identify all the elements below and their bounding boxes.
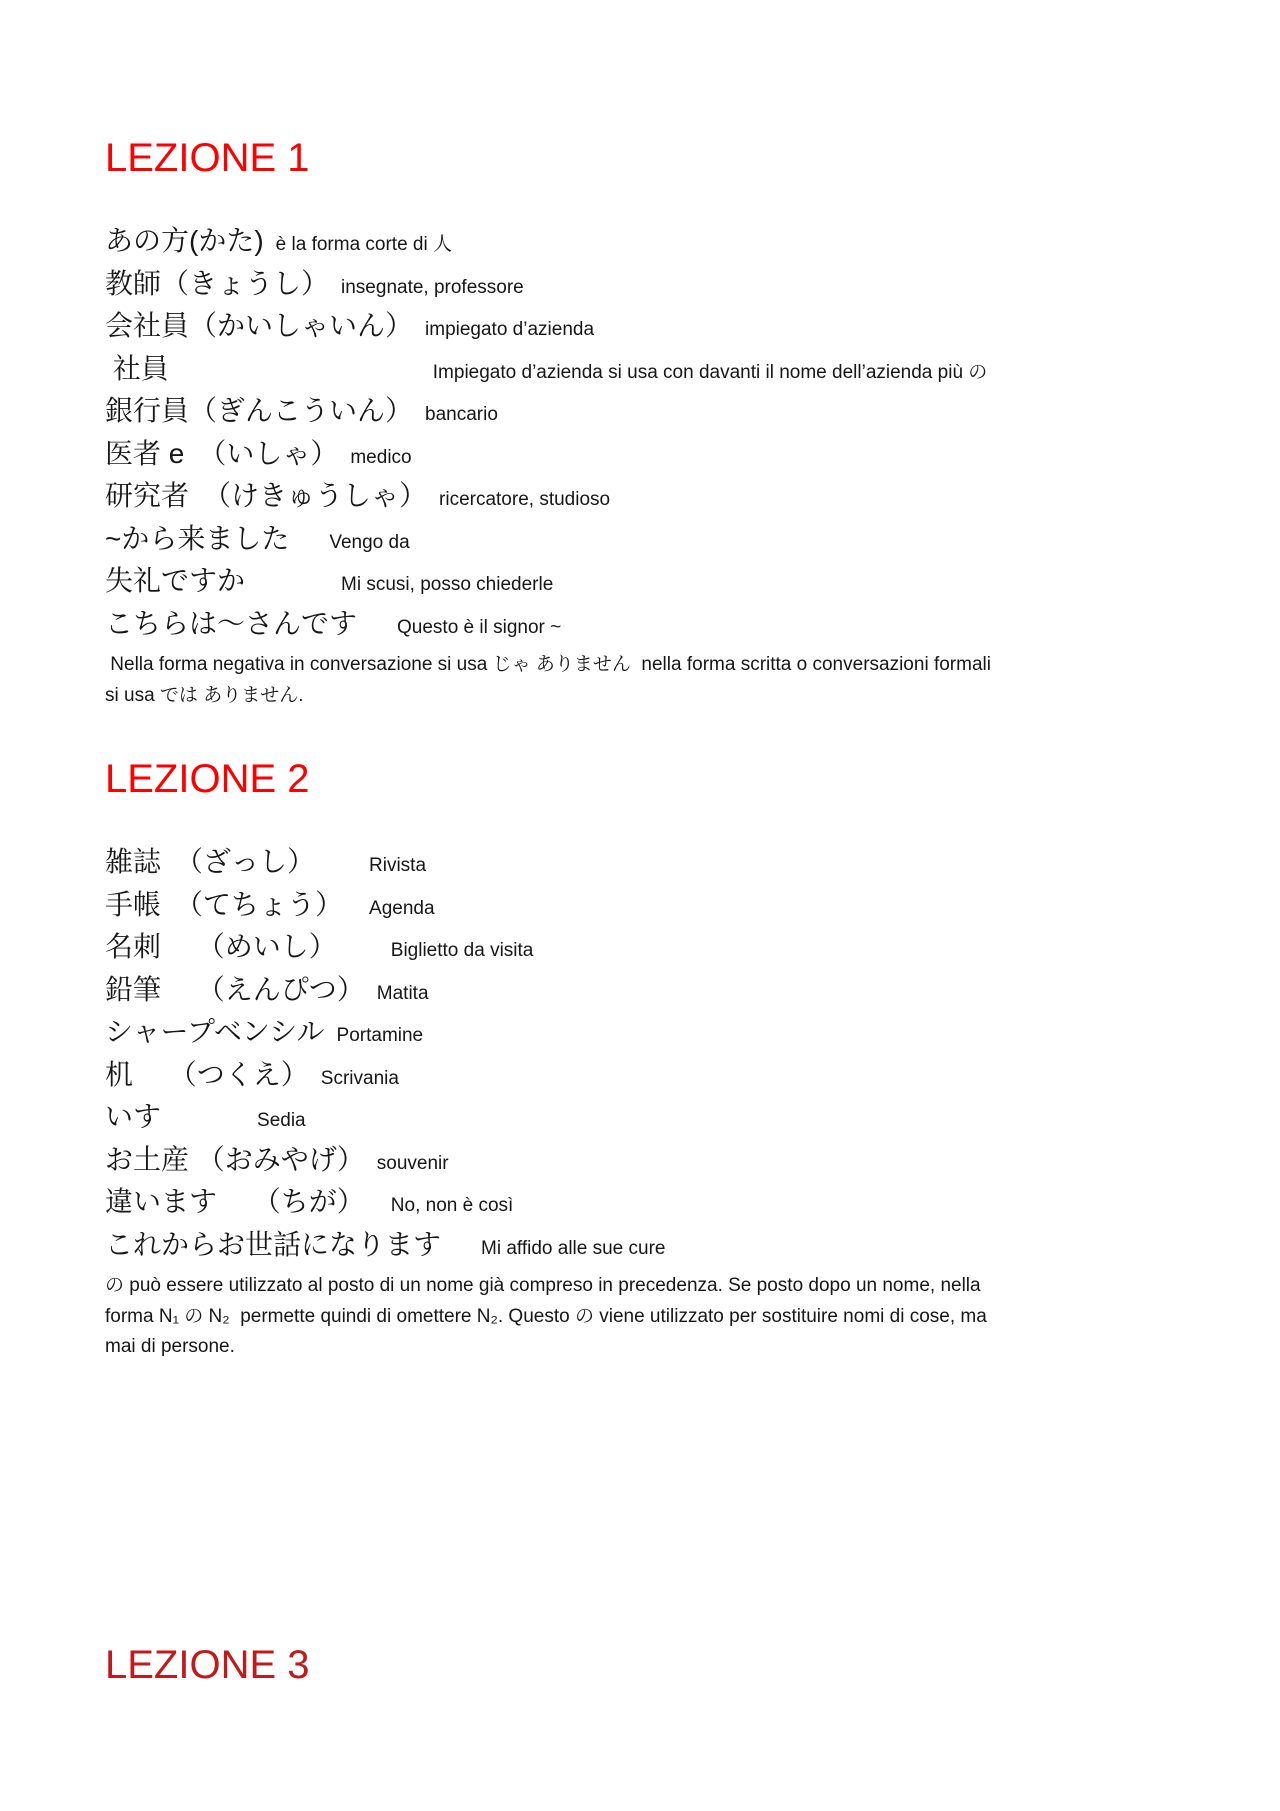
vocab-entry: 教師（きょうし） insegnate, professore	[105, 265, 1190, 308]
vocab-entry: 違います （ちが） No, non è così	[105, 1183, 1190, 1226]
vocab-entry: 手帳 （てちょう） Agenda	[105, 886, 1190, 929]
italian-gloss: No, non è così	[391, 1187, 514, 1226]
japanese-term: 机 （つくえ）	[105, 1056, 309, 1095]
japanese-term: いす	[105, 1098, 245, 1137]
vocab-entry: 雑誌 （ざっし） Rivista	[105, 843, 1190, 886]
italian-gloss: Rivista	[369, 847, 426, 886]
japanese-term: 教師（きょうし）	[105, 265, 329, 304]
italian-gloss: Impiegato d’azienda si usa con davanti i…	[433, 354, 988, 393]
italian-gloss: impiegato d’azienda	[425, 311, 594, 350]
japanese-term: 研究者 （けきゅうしゃ）	[105, 477, 427, 516]
italian-gloss: Matita	[377, 975, 429, 1014]
italian-gloss: Mi affido alle sue cure	[481, 1230, 665, 1269]
japanese-term: 会社員（かいしゃいん）	[105, 307, 413, 346]
japanese-term: これからお世話になります	[105, 1226, 469, 1265]
vocab-entry: あの方(かた) è la forma corte di 人	[105, 222, 1190, 265]
document-page: LEZIONE 1 あの方(かた) è la forma corte di 人 …	[0, 0, 1280, 1811]
italian-gloss: Scrivania	[321, 1060, 399, 1099]
vocab-entry: 鉛筆 （えんぴつ） Matita	[105, 971, 1190, 1014]
italian-gloss: Vengo da	[329, 524, 409, 563]
lesson-2-section: LEZIONE 2 雑誌 （ざっし） Rivista 手帳 （てちょう） Age…	[105, 757, 1190, 1363]
japanese-term: シャープベンシル	[105, 1013, 325, 1052]
japanese-term: あの方(かた)	[105, 222, 264, 261]
document-content: LEZIONE 1 あの方(かた) è la forma corte di 人 …	[0, 0, 1280, 1687]
japanese-term: 手帳 （てちょう）	[105, 886, 357, 925]
japanese-term: こちらは〜さんです	[105, 605, 385, 644]
italian-gloss: medico	[350, 439, 411, 478]
japanese-term: 失礼ですか	[105, 562, 329, 601]
italian-gloss: Portamine	[337, 1017, 424, 1056]
vocab-entry: 社員 Impiegato d’azienda si usa con davant…	[105, 350, 1190, 393]
vocab-entry: 名刺 （めいし） Biglietto da visita	[105, 928, 1190, 971]
vocab-entry: 銀行員（ぎんこういん） bancario	[105, 392, 1190, 435]
usage-note: Nella forma negativa in conversazione si…	[105, 650, 1190, 711]
lesson-3-section: LEZIONE 3	[105, 1643, 1190, 1687]
italian-gloss: Agenda	[369, 890, 435, 929]
vocab-entry: こちらは〜さんです Questo è il signor ~	[105, 605, 1190, 648]
usage-note: の può essere utilizzato al posto di un n…	[105, 1271, 1190, 1363]
italian-gloss: Sedia	[257, 1102, 306, 1141]
japanese-term: お土産 （おみやげ）	[105, 1141, 365, 1180]
japanese-term: 医者 e （いしゃ）	[105, 435, 338, 474]
vocab-entry: 机 （つくえ） Scrivania	[105, 1056, 1190, 1099]
italian-gloss: Mi scusi, posso chiederle	[341, 566, 553, 605]
lesson-3-heading: LEZIONE 3	[105, 1643, 1190, 1687]
japanese-term: 銀行員（ぎんこういん）	[105, 392, 413, 431]
lesson-1-heading: LEZIONE 1	[105, 136, 1190, 180]
italian-gloss: ricercatore, studioso	[439, 481, 610, 520]
vocab-entry: お土産 （おみやげ） souvenir	[105, 1141, 1190, 1184]
italian-gloss: Questo è il signor ~	[397, 609, 561, 648]
vocab-entry: 医者 e （いしゃ） medico	[105, 435, 1190, 478]
japanese-term: 名刺 （めいし）	[105, 928, 379, 967]
vocab-entry: これからお世話になります Mi affido alle sue cure	[105, 1226, 1190, 1269]
italian-gloss: souvenir	[377, 1145, 449, 1184]
vocab-entry: シャープベンシル Portamine	[105, 1013, 1190, 1056]
japanese-term: ~から来ました	[105, 520, 317, 559]
japanese-term: 鉛筆 （えんぴつ）	[105, 971, 365, 1010]
lesson-1-section: LEZIONE 1 あの方(かた) è la forma corte di 人 …	[105, 136, 1190, 711]
vocab-entry: ~から来ました Vengo da	[105, 520, 1190, 563]
vocab-entry: 会社員（かいしゃいん） impiegato d’azienda	[105, 307, 1190, 350]
japanese-term: 違います （ちが）	[105, 1183, 379, 1222]
lesson-2-heading: LEZIONE 2	[105, 757, 1190, 801]
japanese-term: 雑誌 （ざっし）	[105, 843, 357, 882]
italian-gloss: Biglietto da visita	[391, 932, 534, 971]
italian-gloss: è la forma corte di 人	[276, 226, 452, 265]
vocab-entry: 失礼ですか Mi scusi, posso chiederle	[105, 562, 1190, 605]
japanese-term: 社員	[105, 350, 421, 389]
italian-gloss: bancario	[425, 396, 498, 435]
vocab-entry: 研究者 （けきゅうしゃ） ricercatore, studioso	[105, 477, 1190, 520]
italian-gloss: insegnate, professore	[341, 269, 524, 308]
vocab-entry: いす Sedia	[105, 1098, 1190, 1141]
